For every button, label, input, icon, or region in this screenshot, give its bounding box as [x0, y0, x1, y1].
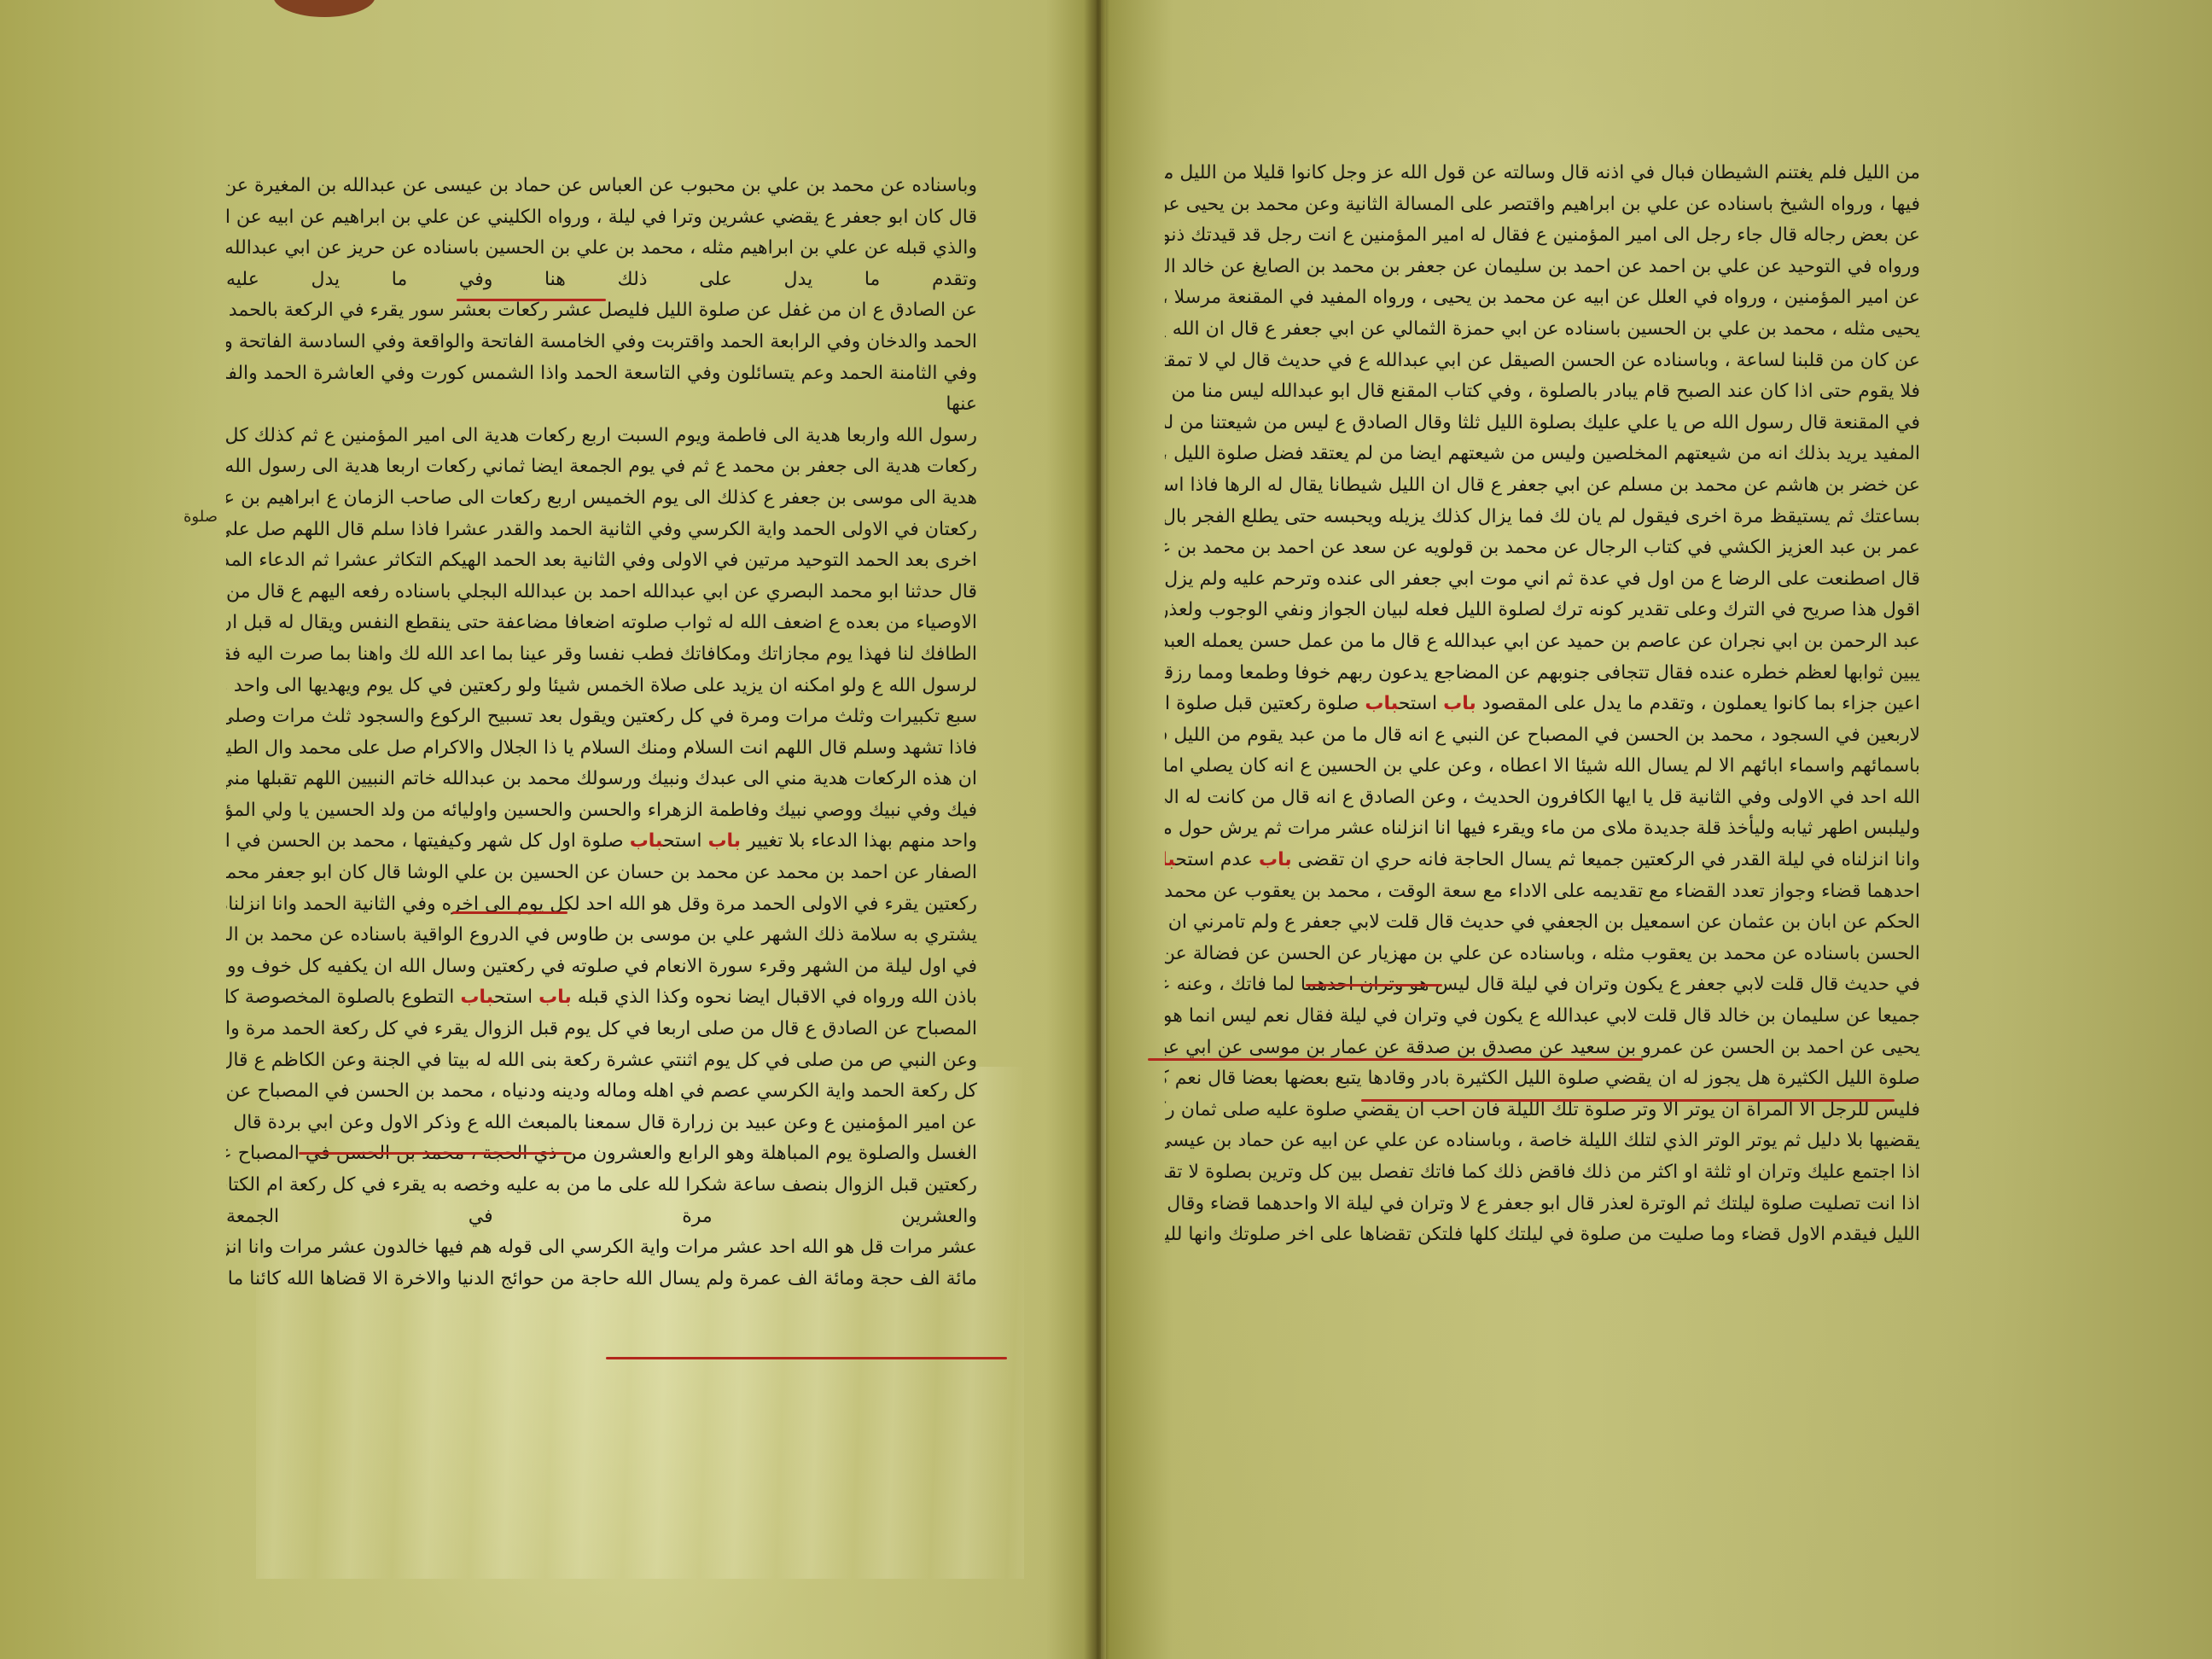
rubric-overline [1361, 1099, 1895, 1102]
manuscript-line: وليلبس اطهر ثيابه وليأخذ قلة جديدة ملاى … [1165, 813, 1920, 845]
manuscript-line: رسول الله واربعا هدية الى فاطمة ويوم الس… [226, 421, 977, 452]
manuscript-line: وعن النبي ص من صلى في كل يوم اثنتي عشرة … [226, 1045, 977, 1077]
manuscript-line: الليل فيقدم الاول قضاء وما صليت من صلوة … [1165, 1220, 1920, 1251]
manuscript-line: عشر مرات قل هو الله احد عشر مرات واية ال… [226, 1232, 977, 1264]
manuscript-line: الحمد والدخان وفي الرابعة الحمد واقتربت … [226, 327, 977, 358]
manuscript-line: وباسناده عن محمد بن علي بن محبوب عن العب… [226, 171, 977, 202]
manuscript-line: المصباح عن الصادق ع قال من صلى اربعا في … [226, 1014, 977, 1045]
manuscript-line: الحسن باسناده عن محمد بن يعقوب مثله ، وب… [1165, 939, 1920, 970]
rubric-overline [299, 1152, 572, 1155]
rubric-bab: باب [538, 987, 572, 1008]
rubric-bab: باب [630, 830, 663, 852]
manuscript-line: احدهما قضاء وجواز تعدد القضاء مع تقديمه … [1165, 876, 1920, 908]
manuscript-line: عن بعض رجاله قال جاء رجل الى امير المؤمن… [1165, 220, 1920, 252]
manuscript-line: اقول هذا صريح في الترك وعلى تقدير كونه ت… [1165, 595, 1920, 626]
rubric-bab: باب [1443, 693, 1476, 714]
manuscript-line: ركعتين قبل الزوال بنصف ساعة شكرا لله على… [226, 1170, 977, 1202]
manuscript-line: هدية الى موسى بن جعفر ع كذلك الى يوم الخ… [226, 483, 977, 515]
manuscript-line: اعين جزاء بما كانوا يعملون ، وتقدم ما يد… [1165, 689, 1920, 720]
manuscript-line: اذا اجتمع عليك وتران او ثلثة او اكثر من … [1165, 1157, 1920, 1189]
manuscript-line: قال اصطنعت على الرضا ع من اول في عدة ثم … [1165, 564, 1920, 596]
manuscript-line: في المقنعة قال رسول الله ص يا علي عليك ب… [1165, 408, 1920, 439]
margin-note-left: صلوة [183, 508, 218, 526]
manuscript-line: عن كان من قلبنا لساعة ، وباسناده عن الحس… [1165, 346, 1920, 377]
manuscript-line: اذا انت تصليت صلوة ليلتك ثم الوترة لعذر … [1165, 1189, 1920, 1220]
manuscript-line: والعشرين مرة في الجمعة [226, 1202, 977, 1233]
manuscript-line: عن امير المؤمنين ، ورواه في العلل عن ابي… [1165, 282, 1920, 314]
manuscript-line: المفيد يريد بذلك انه من شيعتهم المخلصين … [1165, 439, 1920, 470]
manuscript-line: قال كان ابو جعفر ع يقضي عشرين وترا في لي… [226, 202, 977, 234]
right-page-text: من الليل فلم يغتنم الشيطان فبال في اذنه … [1165, 158, 1920, 1313]
manuscript-line: ركعتان في الاولى الحمد واية الكرسي وفي ا… [226, 515, 977, 546]
manuscript-line: اخرى بعد الحمد التوحيد مرتين في الاولى و… [226, 545, 977, 577]
manuscript-line: باذن الله ورواه في الاقبال ايضا نحوه وكذ… [226, 982, 977, 1014]
manuscript-line: الحكم عن ابان بن عثمان عن اسمعيل بن الجع… [1165, 907, 1920, 939]
manuscript-line: لاربعين في السجود ، محمد بن الحسن في الم… [1165, 720, 1920, 752]
rubric-bab: باب [1259, 849, 1292, 870]
manuscript-line: ورواه في التوحيد عن علي بن احمد عن احمد … [1165, 252, 1920, 283]
manuscript-line: الله احد في الاولى وفي الثانية قل يا ايه… [1165, 783, 1920, 814]
manuscript-line: سبع تكبيرات وثلث مرات ومرة في كل ركعتين … [226, 701, 977, 733]
manuscript-line: جميعا عن سليمان بن خالد قال قلت لابي عبد… [1165, 1001, 1920, 1033]
manuscript-line: من الليل فلم يغتنم الشيطان فبال في اذنه … [1165, 158, 1920, 189]
manuscript-line: فاذا تشهد وسلم قال اللهم انت السلام ومنك… [226, 733, 977, 765]
rubric-bab: باب [707, 830, 741, 852]
manuscript-line: فيك وفي نبيك ووصي نبيك وفاطمة الزهراء وا… [226, 795, 977, 827]
manuscript-line: مائة الف حجة ومائة الف عمرة ولم يسال الل… [226, 1264, 977, 1295]
manuscript-line: الاوصياء من بعده ع اضعف الله له ثواب صلو… [226, 608, 977, 639]
manuscript-line: فيها ، ورواه الشيخ باسناده عن علي بن ابر… [1165, 189, 1920, 221]
manuscript-line: عنها [226, 389, 977, 421]
manuscript-line: قال حدثنا ابو محمد البصري عن ابي عبدالله… [226, 577, 977, 608]
manuscript-line [1165, 1282, 1920, 1313]
manuscript-line: عن امير المؤمنين ع وعن عبيد بن زرارة قال… [226, 1108, 977, 1139]
manuscript-line: لرسول الله ع ولو امكنه ان يزيد على صلاة … [226, 671, 977, 702]
manuscript-line: في اول ليلة من الشهر وقرء سورة الانعام ف… [226, 952, 977, 983]
manuscript-line: في حديث قال قلت لابي جعفر ع يكون وتران ف… [1165, 969, 1920, 1001]
manuscript-line: كل ركعة الحمد واية الكرسي عصم في اهله وم… [226, 1076, 977, 1108]
manuscript-line: ان هذه الركعات هدية مني الى عبدك ونبيك و… [226, 764, 977, 795]
manuscript-line: الصفار عن احمد بن محمد عن محمد بن حسان ع… [226, 858, 977, 889]
rubric-bab: باب [1365, 693, 1398, 714]
manuscript-line: عمر بن عبد العزيز الكشي في كتاب الرجال ع… [1165, 533, 1920, 564]
manuscript-line: ركعتين يقرء في الاولى الحمد مرة وقل هو ا… [226, 889, 977, 921]
rubric-bab: باب [460, 987, 493, 1008]
manuscript-line: عبد الرحمن بن ابي نجران عن عاصم بن حميد … [1165, 626, 1920, 658]
manuscript-line: فلا يقوم حتى اذا كان عند الصبح قام يبادر… [1165, 376, 1920, 408]
manuscript-line: وتقدم ما يدل على ذلك هنا وفي ما يدل عليه [226, 265, 977, 296]
rubric-overline [452, 911, 568, 914]
manuscript-line: يقضيها بلا دليل ثم يوتر الوتر الذي لتلك … [1165, 1126, 1920, 1157]
manuscript-line: يبين ثوابها لعظم خطره عنده فقال تتجافى ج… [1165, 658, 1920, 690]
manuscript-spread: وباسناده عن محمد بن علي بن محبوب عن العب… [0, 0, 2212, 1659]
manuscript-line [226, 1295, 977, 1326]
manuscript-line: صلوة الليل الكثيرة هل يجوز له ان يقضي صل… [1165, 1063, 1920, 1095]
manuscript-line: واحد منهم بهذا الدعاء بلا تغيير باب استح… [226, 826, 977, 858]
manuscript-line: يحيى مثله ، محمد بن علي بن الحسين باسناد… [1165, 314, 1920, 346]
manuscript-line: باسمائهم واسماء ابائهم الا لم يسال الله … [1165, 751, 1920, 783]
rubric-bab: باب [1165, 849, 1175, 870]
rubric-overline [606, 1357, 1007, 1359]
manuscript-line: وفي الثامنة الحمد وعم يتسائلون وفي التاس… [226, 358, 977, 390]
book-gutter [1084, 0, 1109, 1659]
manuscript-line: يشتري به سلامة ذلك الشهر علي بن موسى بن … [226, 920, 977, 952]
rubric-overline [1306, 984, 1442, 987]
manuscript-line [1165, 1251, 1920, 1283]
rubric-overline [457, 299, 606, 301]
manuscript-line: عن خضر بن هاشم عن محمد بن مسلم عن ابي جع… [1165, 470, 1920, 502]
manuscript-line: والذي قبله عن علي بن ابراهيم مثله ، محمد… [226, 233, 977, 265]
manuscript-line: الطافك لنا فهذا يوم مجازاتك ومكافاتك فطب… [226, 639, 977, 671]
manuscript-line: ركعات هدية الى جعفر بن محمد ع ثم في يوم … [226, 451, 977, 483]
manuscript-line: وانا انزلناه في ليلة القدر في الركعتين ج… [1165, 845, 1920, 876]
manuscript-line: بساعتك ثم يستيقظ مرة اخرى فيقول لم يان ل… [1165, 502, 1920, 533]
rubric-overline [1148, 1058, 1643, 1061]
